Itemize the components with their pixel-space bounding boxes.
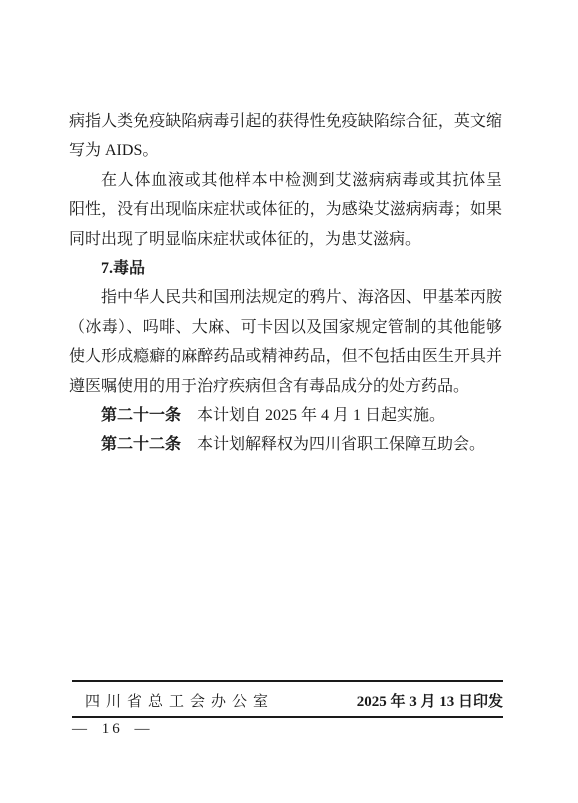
- line-text: 本计划自 2025 年 4 月 1 日起实施。: [181, 407, 445, 424]
- text-line-heading: 7.毒品: [69, 254, 502, 283]
- text-line: 在人体血液或其他样本中检测到艾滋病病毒或其抗体呈: [69, 166, 502, 195]
- text-line: 遵医嘱使用的用于治疗疾病但含有毒品成分的处方药品。: [69, 372, 502, 401]
- line-lead-label: 7.毒品: [101, 260, 145, 277]
- footer-print-date: 2025 年 3 月 13 日印发: [357, 690, 503, 711]
- line-text: 同时出现了明显临床症状或体征的，为患艾滋病。: [69, 231, 421, 248]
- text-line: 同时出现了明显临床症状或体征的，为患艾滋病。: [69, 225, 502, 254]
- page-number: — 16 —: [72, 721, 153, 738]
- line-text: 阳性，没有出现临床症状或体征的，为感染艾滋病病毒；如果: [69, 201, 502, 218]
- line-lead-label: 第二十二条: [101, 436, 181, 453]
- footer-divider-top: [72, 680, 503, 682]
- text-line-article-22: 第二十二条 本计划解释权为四川省职工保障互助会。: [69, 430, 502, 459]
- footer-issuer: 四川省总工会办公室: [72, 690, 274, 711]
- line-text: 遵医嘱使用的用于治疗疾病但含有毒品成分的处方药品。: [69, 378, 469, 395]
- line-text: 指中华人民共和国刑法规定的鸦片、海洛因、甲基苯丙胺: [101, 289, 502, 306]
- line-lead-label: 第二十一条: [101, 407, 181, 424]
- text-line: 指中华人民共和国刑法规定的鸦片、海洛因、甲基苯丙胺: [69, 283, 502, 312]
- text-line: 写为 AIDS。: [69, 136, 502, 165]
- text-line: 使人形成瘾癖的麻醉药品或精神药品，但不包括由医生开具并: [69, 342, 502, 371]
- text-line: 病指人类免疫缺陷病毒引起的获得性免疫缺陷综合征，英文缩: [69, 107, 502, 136]
- line-text: 本计划解释权为四川省职工保障互助会。: [181, 436, 485, 453]
- line-text: 在人体血液或其他样本中检测到艾滋病病毒或其抗体呈: [101, 172, 502, 189]
- line-text: 病指人类免疫缺陷病毒引起的获得性免疫缺陷综合征，英文缩: [69, 113, 502, 130]
- footer-divider-bottom: [72, 716, 503, 718]
- text-line: 阳性，没有出现临床症状或体征的，为感染艾滋病病毒；如果: [69, 195, 502, 224]
- document-page: 病指人类免疫缺陷病毒引起的获得性免疫缺陷综合征，英文缩 写为 AIDS。 在人体…: [0, 0, 578, 803]
- text-line-article-21: 第二十一条 本计划自 2025 年 4 月 1 日起实施。: [69, 401, 502, 430]
- line-text: 写为 AIDS。: [69, 142, 158, 159]
- footer-row: 四川省总工会办公室 2025 年 3 月 13 日印发: [72, 688, 503, 712]
- line-text: 使人形成瘾癖的麻醉药品或精神药品，但不包括由医生开具并: [69, 348, 502, 365]
- document-body: 病指人类免疫缺陷病毒引起的获得性免疫缺陷综合征，英文缩 写为 AIDS。 在人体…: [69, 107, 502, 460]
- text-line: （冰毒）、吗啡、大麻、可卡因以及国家规定管制的其他能够: [69, 313, 502, 342]
- line-text: （冰毒）、吗啡、大麻、可卡因以及国家规定管制的其他能够: [69, 319, 502, 336]
